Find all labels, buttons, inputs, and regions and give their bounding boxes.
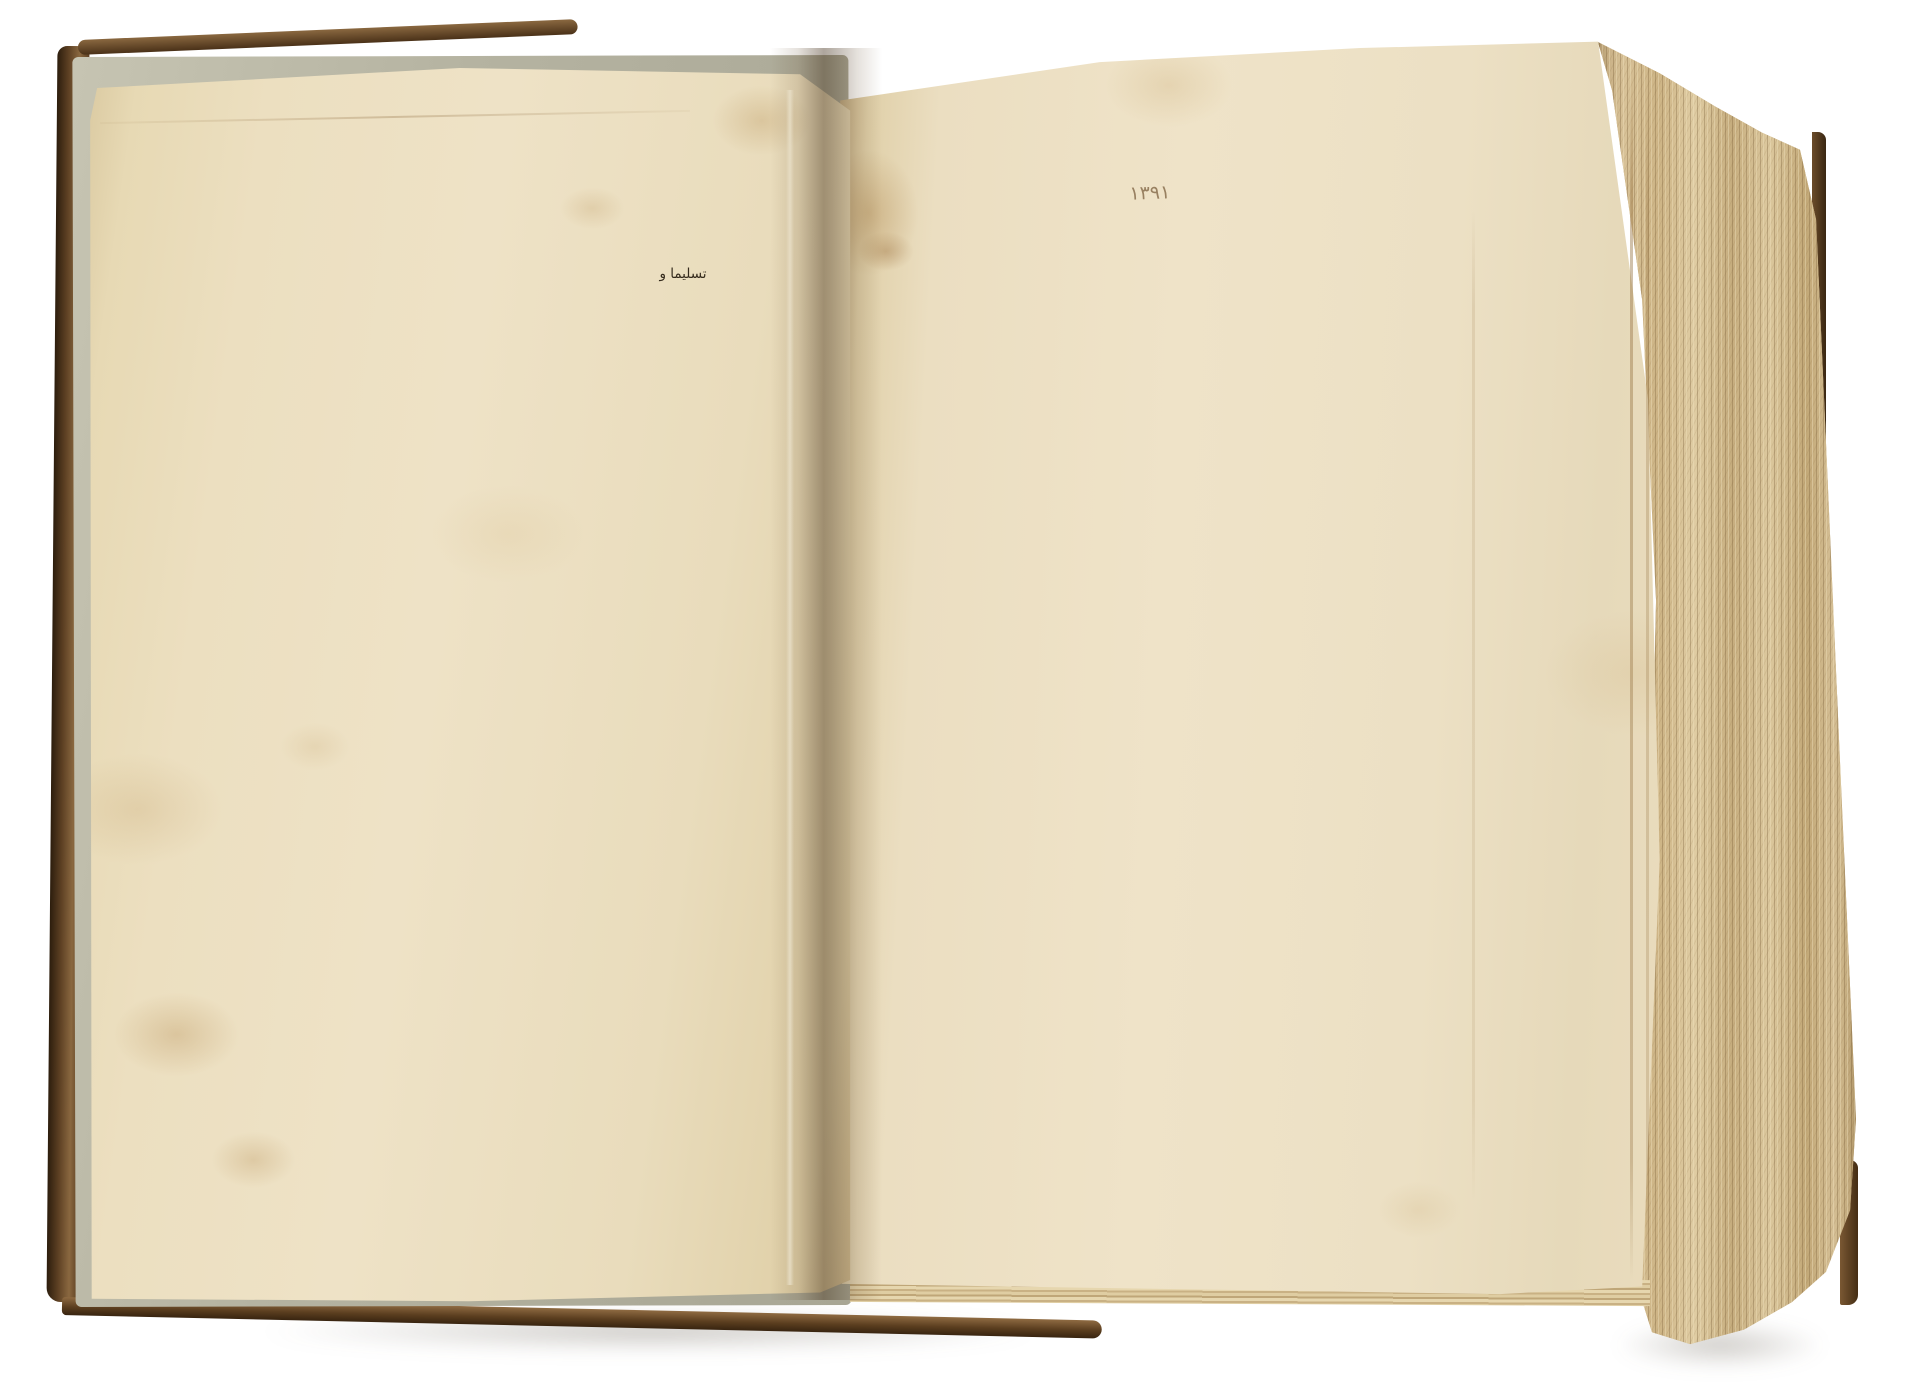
folio-number: ١٣٩١	[1100, 180, 1201, 213]
right-page-crease	[1630, 70, 1633, 1280]
left-page-text: الثا الثوم البری بدل آن بجار و نیم سدری …	[218, 257, 776, 575]
text-line: تسلیما و حسبنا الله و نعم الوکیل نعم الم…	[652, 257, 776, 292]
gutter-shadow	[770, 48, 882, 1300]
text-segment: تسلیما و حسبنا الله و نعم الوکیل نعم الم…	[652, 257, 714, 292]
right-page-text: صرع را ببرد و مالیدن آن بروغن یاسمین و م…	[863, 257, 1431, 1182]
left-page	[84, 58, 854, 1310]
right-page-crease	[1646, 90, 1649, 1280]
leather-cover-top-edge	[78, 19, 578, 55]
manuscript-photo: ١٣٩١ الثا الثوم البری بدل آن بجار و نیم …	[0, 0, 1920, 1399]
right-page-crease	[1472, 210, 1475, 1200]
